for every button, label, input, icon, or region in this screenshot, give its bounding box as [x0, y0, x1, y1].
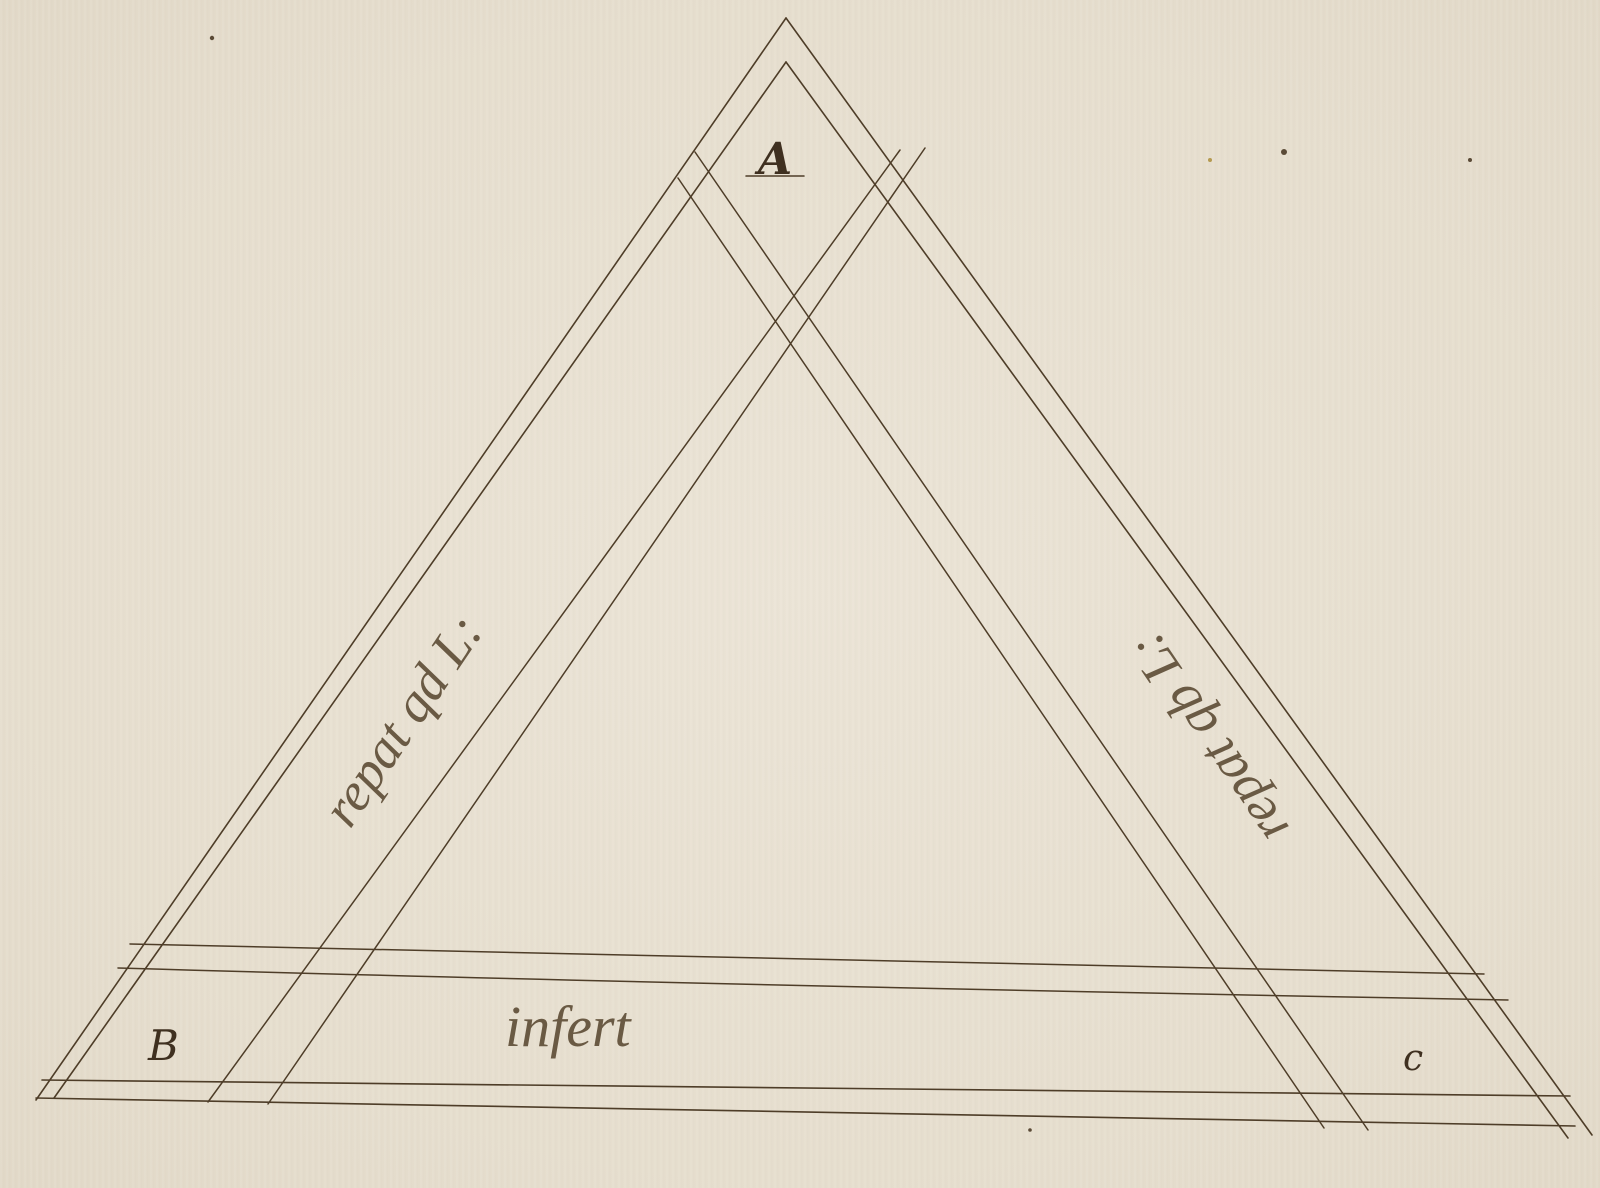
vertex-label-a: A — [754, 134, 792, 185]
paper-specks — [210, 36, 1472, 1132]
right-side-outer-lines — [786, 18, 1592, 1138]
bottom-side-label: infert — [505, 994, 633, 1059]
triangle-diagram: A B c repat qd L: repat qb L: infert — [0, 0, 1600, 1188]
right-band-lines — [678, 152, 1368, 1130]
bottom-band-lines — [36, 944, 1575, 1126]
vertex-label-b: B — [147, 1021, 179, 1070]
left-side-outer-lines — [36, 18, 786, 1100]
vertex-label-c: c — [1403, 1038, 1423, 1079]
left-side-label: repat qd L: — [310, 603, 495, 836]
left-band-lines — [208, 148, 925, 1104]
right-side-label: repat qb L: — [1115, 621, 1300, 854]
